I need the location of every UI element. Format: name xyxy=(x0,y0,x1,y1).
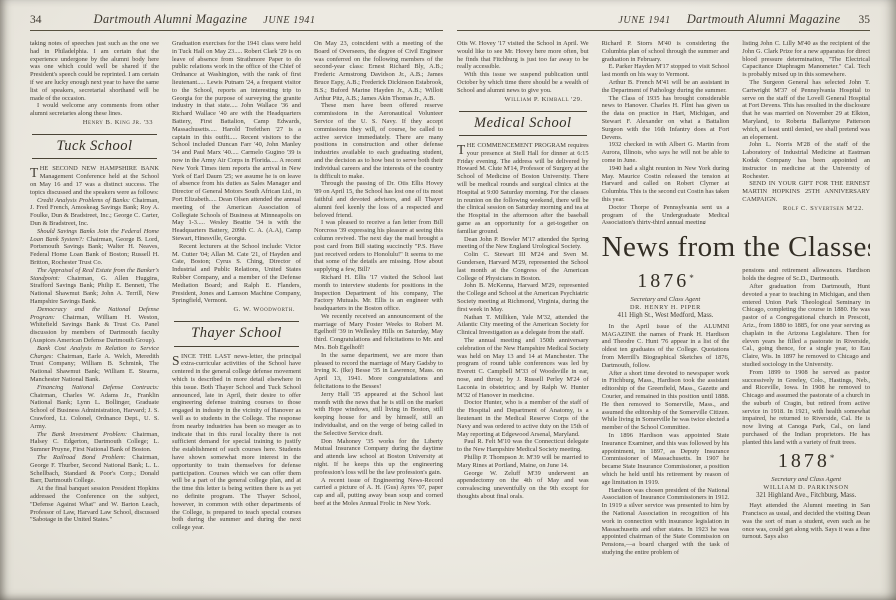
magazine-title: Dartmouth Alumni Magazine xyxy=(94,12,248,27)
topic-title: The Appraisal of Real Estate from the Ba… xyxy=(30,267,159,282)
footnote-asterisk: * xyxy=(830,453,835,463)
column: Otis W. Hovey '17 visited the School in … xyxy=(457,40,589,586)
header-rule xyxy=(30,30,443,31)
paragraph: Nathan T. Milliken, Yale M'32, attended … xyxy=(457,314,589,337)
paragraph: These men have been offered reserve comm… xyxy=(314,102,443,180)
paragraph: In 1896 Hardison was appointed State Ins… xyxy=(602,432,730,487)
paragraph: 1932 checked in with Albert G. Martin fr… xyxy=(602,141,730,164)
section-heading: Tuck School xyxy=(30,134,159,160)
paragraph: Don Mahoney '35 works for the Liberty Mu… xyxy=(314,438,443,477)
section-title: Medical School xyxy=(457,112,589,136)
paragraph: From 1899 to 1908 he served as pastor su… xyxy=(742,369,870,447)
paragraph: With this issue we suspend publication u… xyxy=(457,71,589,94)
topic-title: Credit Analysis Problems of Banks: xyxy=(37,197,132,204)
section-heading: Medical School xyxy=(457,111,589,137)
paragraph: Through the passing of Dr. Otis Ellis Ho… xyxy=(314,180,443,219)
class-officer-role: Secretary and Class Agent xyxy=(602,296,730,304)
section-rule xyxy=(174,346,299,347)
issue-date: JUNE 1941 xyxy=(618,15,670,26)
paragraph: John B. McKenna, Harvard M'29, represent… xyxy=(457,282,589,313)
column: taking notes of speeches just such as th… xyxy=(30,40,159,586)
topic-paragraph: Credit Analysis Problems of Banks: Chair… xyxy=(30,197,159,228)
paragraph: SEND IN YOUR GIFT FOR THE ERNEST MARTIN … xyxy=(742,180,870,203)
news-from-the-classes-heading: News from the Classes xyxy=(602,231,870,264)
class-year-heading: 1876* xyxy=(602,271,730,291)
continuation-paragraph: Richard P. Storrs M'40 is considering th… xyxy=(602,40,730,63)
right-page-header: JUNE 1941 Dartmouth Alumni Magazine 35 xyxy=(457,12,870,28)
continuation-paragraph: On May 23, coincident with a meeting of … xyxy=(314,40,443,102)
topic-paragraph: Democracy and the National Defense Progr… xyxy=(30,306,159,345)
topic-title: Democracy and the National Defense Progr… xyxy=(30,306,159,321)
continuation-paragraph: Otis W. Hovey '17 visited the School in … xyxy=(457,40,589,71)
topic-title: Should Savings Banks Join the Federal Ho… xyxy=(30,228,159,243)
continuation-paragraph: taking notes of speeches just such as th… xyxy=(30,40,159,102)
paragraph: E. Parker Hayden M'17 stopped to visit S… xyxy=(602,63,730,79)
issue-date: JUNE 1941 xyxy=(263,15,315,26)
topic-title: The Railroad Bond Problem: xyxy=(37,454,132,461)
left-page-header: 34 Dartmouth Alumni Magazine JUNE 1941 xyxy=(30,12,443,28)
drop-cap: T xyxy=(30,165,40,179)
topic-paragraph: Should Savings Banks Join the Federal Ho… xyxy=(30,228,159,267)
magazine-scan: 34 Dartmouth Alumni Magazine JUNE 1941 t… xyxy=(0,0,896,600)
paragraph: The annual meeting and 150th anniversary… xyxy=(457,337,589,399)
signature: William P. Kimball '29. xyxy=(457,96,583,104)
paragraph: After a short time devoted to newspaper … xyxy=(602,370,730,432)
signature: Rolf C. Syvertsen M'22. xyxy=(742,205,864,213)
paragraph: Recent lecturers at the School include: … xyxy=(172,243,301,305)
paragraph: George W. Zeluff M'39 underwent an appen… xyxy=(457,470,589,501)
paragraph: John L. Norris M'28 of the staff of the … xyxy=(742,141,870,180)
paragraph: The Surgeon General has selected John T.… xyxy=(742,79,870,141)
classes-region: Richard P. Storrs M'40 is considering th… xyxy=(602,40,870,586)
topic-paragraph: The Railroad Bond Problem: Chairman, Geo… xyxy=(30,454,159,485)
paragraph: We recently received an announcement of … xyxy=(314,313,443,352)
topic-paragraph: The Appraisal of Real Estate from the Ba… xyxy=(30,267,159,306)
left-page: 34 Dartmouth Alumni Magazine JUNE 1941 t… xyxy=(30,12,443,586)
class-officer-name: William D. Parkinson xyxy=(742,484,870,492)
column: pensions and retirement allowances. Hard… xyxy=(742,267,870,586)
topic-paragraph: The Bank Investment Problem: Chairman, H… xyxy=(30,431,159,454)
paragraph: A recent issue of Engineering News-Recor… xyxy=(314,477,443,508)
paragraph: 1940 had a slight reunion in New York du… xyxy=(602,165,730,204)
paragraph: Arthur B. French M'41 will be an assista… xyxy=(602,79,730,95)
page-number: 34 xyxy=(30,14,42,26)
paragraph: Doctor Thorpe of Pennsylvania sent us a … xyxy=(602,204,730,224)
topic-title: Bank Cost Analysis in Relation to Servic… xyxy=(30,345,159,360)
drop-cap: S xyxy=(172,353,181,367)
paragraph: In the April issue of the ALUMNI MAGAZIN… xyxy=(602,323,730,370)
paragraph: Phillip P. Thompson Jr. M'39 will be mar… xyxy=(457,454,589,470)
column: Richard P. Storrs M'40 is considering th… xyxy=(602,40,730,224)
paragraph: Hayt attended the Alumni meeting in San … xyxy=(742,502,870,541)
paragraph: The Class of 1935 has brought considerab… xyxy=(602,95,730,142)
paragraph: Richard H. Ellis '17 visited the School … xyxy=(314,274,443,313)
topic-title: Financing National Defense Contracts: xyxy=(37,384,159,391)
signature: G. W. Woodworth. xyxy=(172,306,295,314)
topic-paragraph: Financing National Defense Contracts: Ch… xyxy=(30,384,159,431)
column: 1876*Secretary and Class AgentDr. Henry … xyxy=(602,267,730,586)
column: On May 23, coincident with a meeting of … xyxy=(314,40,443,586)
class-officer-address: 411 High St., West Medford, Mass. xyxy=(602,312,730,321)
class-officer-role: Secretary and Class Agent xyxy=(742,476,870,484)
topic-paragraph: Bank Cost Analysis in Relation to Servic… xyxy=(30,345,159,384)
section-rule xyxy=(32,158,157,159)
section-rule xyxy=(459,135,587,136)
footnote-asterisk: * xyxy=(689,273,694,283)
class-year-heading: 1878* xyxy=(742,451,870,471)
lead-paragraph: THE COMMENCEMENT PROGRAM requires your p… xyxy=(457,142,589,236)
section-title: Tuck School xyxy=(30,135,159,159)
lead-paragraph: SINCE THE LAST news-letter, the principa… xyxy=(172,353,301,532)
right-page-columns: Otis W. Hovey '17 visited the School in … xyxy=(457,40,870,586)
paragraph: Dean John P. Bowler M'17 attended the Sp… xyxy=(457,236,589,252)
left-page-columns: taking notes of speeches just such as th… xyxy=(30,40,443,586)
paragraph: At the final banquet session President H… xyxy=(30,485,159,524)
medical-school-continuation: Richard P. Storrs M'40 is considering th… xyxy=(602,40,870,224)
continuation-paragraph: pensions and retirement allowances. Hard… xyxy=(742,267,870,283)
continuation-paragraph: listing John C. Lilly M'40 as the recipi… xyxy=(742,40,870,79)
column: Graduation exercises for the 1941 class … xyxy=(172,40,301,586)
signature: Henry B. King Jr. '33 xyxy=(30,119,153,127)
topic-title: The Bank Investment Problem: xyxy=(37,431,132,438)
paragraph: I was pleased to receive a fan letter fr… xyxy=(314,219,443,274)
paragraph: Jerry Hall '35 appeared at the School la… xyxy=(314,391,443,438)
class-officer-address: 321 Highland Ave., Fitchburg, Mass. xyxy=(742,492,870,501)
lead-paragraph: THE SECOND NEW HAMPSHIRE BANK Management… xyxy=(30,165,159,196)
drop-cap: T xyxy=(457,142,467,156)
section-title: Thayer School xyxy=(172,322,301,346)
paragraph: Paul R. Felt M'10 was the Connecticut de… xyxy=(457,438,589,454)
page-number: 35 xyxy=(859,14,871,26)
magazine-title: Dartmouth Alumni Magazine xyxy=(687,12,841,27)
right-page: JUNE 1941 Dartmouth Alumni Magazine 35 O… xyxy=(457,12,870,586)
paragraph: Doctor Hunter, who is a member of the st… xyxy=(457,399,589,438)
header-rule xyxy=(457,30,870,31)
class-notes: 1876*Secretary and Class AgentDr. Henry … xyxy=(602,267,870,586)
paragraph: In the same department, we are more than… xyxy=(314,352,443,391)
paragraph: Colin C. Stewart III M'24 and Sven M. Gu… xyxy=(457,251,589,282)
paragraph: I would welcome any comments from other … xyxy=(30,102,159,118)
paragraph: Hardison was chosen president of the Nat… xyxy=(602,487,730,557)
paragraph: After graduation from Dartmouth, Hunt de… xyxy=(742,283,870,369)
continuation-paragraph: Graduation exercises for the 1941 class … xyxy=(172,40,301,243)
column: listing John C. Lilly M'40 as the recipi… xyxy=(742,40,870,224)
class-officer-name: Dr. Henry H. Piper xyxy=(602,304,730,312)
section-heading: Thayer School xyxy=(172,321,301,347)
